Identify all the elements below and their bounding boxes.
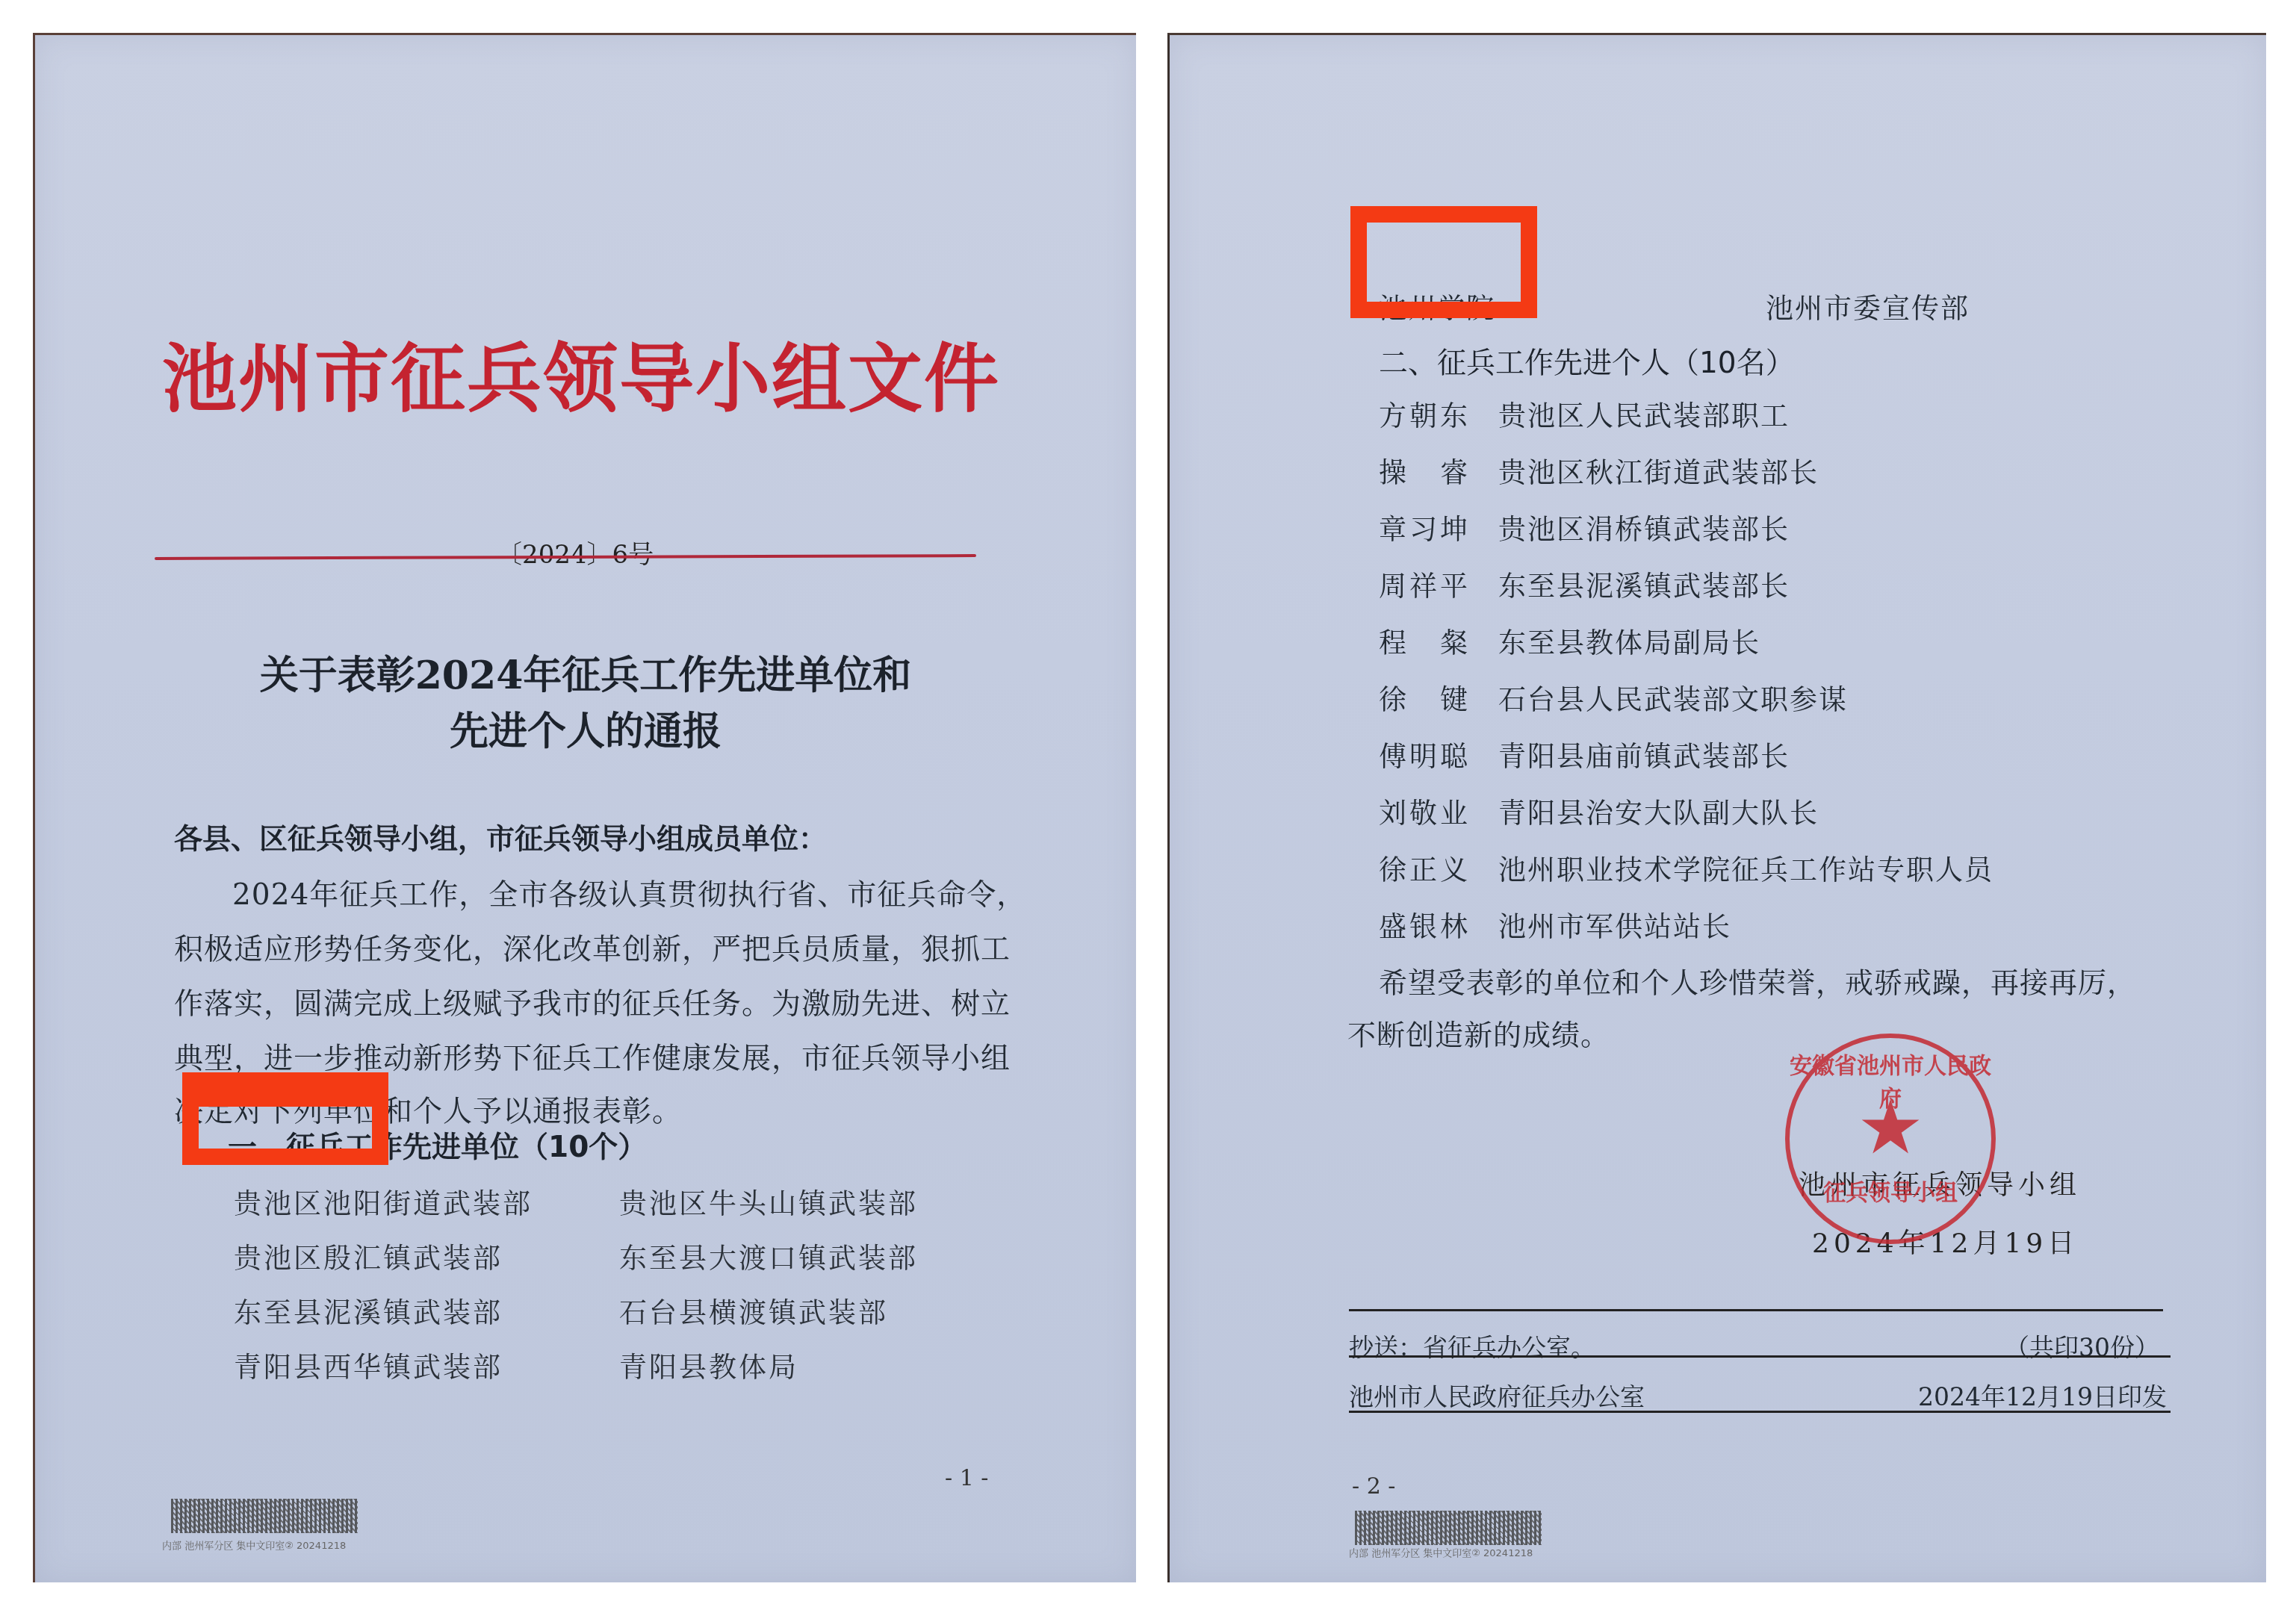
body-paragraph-line: 作落实，圆满完成上级赋予我市的征兵任务。为激励先进、树立 (174, 980, 1011, 1022)
individual-title: 东至县教体局副局长 (1498, 621, 1760, 661)
individual-name: 傅明聪 (1379, 734, 1471, 774)
individual-title: 东至县泥溪镇武装部长 (1498, 564, 1790, 604)
official-red-seal: 安徽省池州市人民政府 ★ 征兵领导小组 (1785, 1034, 1996, 1244)
document-title-line-2: 先进个人的通报 (35, 703, 1136, 760)
individual-title: 池州职业技术学院征兵工作站专职人员 (1498, 848, 1994, 888)
individual-name: 方朝东 (1379, 394, 1471, 434)
footer-divider (1349, 1309, 2163, 1311)
barcode-caption: 内部 池州军分区 集中文印室② 20241218 (1349, 1545, 1533, 1559)
cc-recipients: 抄送：省征兵办公室。 (1349, 1328, 1595, 1364)
section-heading-advanced-individuals: 二、征兵工作先进个人（10名） (1379, 340, 1795, 382)
individual-name: 章习坤 (1379, 507, 1471, 547)
document-barcode (171, 1499, 358, 1533)
highlight-box-section-heading (182, 1072, 388, 1165)
individual-title: 贵池区秋江街道武装部长 (1498, 450, 1819, 491)
issuing-office: 池州市人民政府征兵办公室 (1349, 1378, 1645, 1413)
page-number: - 2 - (1352, 1473, 1395, 1499)
document-masthead: 池州市征兵领导小组文件 (162, 319, 1000, 426)
individual-title: 池州市军供站站长 (1498, 904, 1731, 945)
individual-name: 盛银林 (1379, 904, 1471, 945)
seal-bottom-text: 征兵领导小组 (1790, 1174, 1991, 1207)
footer-divider (1349, 1355, 2171, 1358)
document-title-line-1: 关于表彰2024年征兵工作先进单位和 (35, 647, 1136, 704)
individual-title: 青阳县庙前镇武装部长 (1498, 734, 1790, 774)
individual-title: 贵池区人民武装部职工 (1498, 394, 1790, 434)
document-page-2: 池州学院 池州市委宣传部 二、征兵工作先进个人（10名） 方朝东 贵池区人民武装… (1167, 33, 2266, 1582)
individual-title: 青阳县治安大队副大队长 (1498, 791, 1819, 831)
individual-name: 刘敬业 (1379, 791, 1471, 831)
issue-date: 2024年12月19日印发 (1918, 1378, 2167, 1413)
closing-paragraph-line: 希望受表彰的单位和个人珍惜荣誉，戒骄戒躁，再接再厉， (1379, 960, 2136, 1001)
body-paragraph-line: 积极适应形势任务变化，深化改革创新，严把兵员质量，狠抓工 (174, 926, 1011, 968)
unit-list-item: 池州市委宣传部 (1766, 286, 1970, 326)
page-number: - 1 - (945, 1465, 988, 1491)
print-copies: （共印30份） (2005, 1328, 2159, 1364)
footer-divider (1349, 1411, 2171, 1413)
unit-list-item: 贵池区殷汇镇武装部 (234, 1236, 503, 1276)
individual-name: 程 粲 (1379, 621, 1471, 661)
unit-list-item: 青阳县教体局 (619, 1345, 798, 1385)
body-paragraph-line: 2024年征兵工作，全市各级认真贯彻执行省、市征兵命令， (232, 871, 1026, 913)
unit-list-item: 青阳县西华镇武装部 (234, 1345, 503, 1385)
barcode-caption: 内部 池州军分区 集中文印室② 20241218 (162, 1538, 346, 1552)
unit-list-item: 石台县横渡镇武装部 (619, 1290, 888, 1331)
individual-name: 徐正义 (1379, 848, 1471, 888)
unit-list-item: 东至县大渡口镇武装部 (619, 1236, 918, 1276)
closing-paragraph-line: 不断创造新的成绩。 (1347, 1012, 1610, 1053)
document-barcode (1355, 1511, 1542, 1545)
highlight-box-chizhou-university (1350, 206, 1537, 318)
individual-name: 徐 键 (1379, 677, 1471, 718)
document-page-1: 池州市征兵领导小组文件 〔2024〕6号 关于表彰2024年征兵工作先进单位和 … (33, 33, 1136, 1582)
body-paragraph-line: 典型，进一步推动新形势下征兵工作健康发展，市征兵领导小组 (174, 1035, 1011, 1077)
individual-name: 周祥平 (1379, 564, 1471, 604)
star-icon: ★ (1857, 1083, 1924, 1170)
individual-name: 操 睿 (1379, 450, 1471, 491)
unit-list-item: 贵池区池阳街道武装部 (234, 1181, 533, 1222)
individual-title: 贵池区涓桥镇武装部长 (1498, 507, 1790, 547)
individual-title: 石台县人民武装部文职参谋 (1498, 677, 1848, 718)
unit-list-item: 东至县泥溪镇武装部 (234, 1290, 503, 1331)
document-number: 〔2024〕6号 (497, 534, 654, 571)
salutation: 各县、区征兵领导小组，市征兵领导小组成员单位： (174, 815, 827, 857)
unit-list-item: 贵池区牛头山镇武装部 (619, 1181, 918, 1222)
